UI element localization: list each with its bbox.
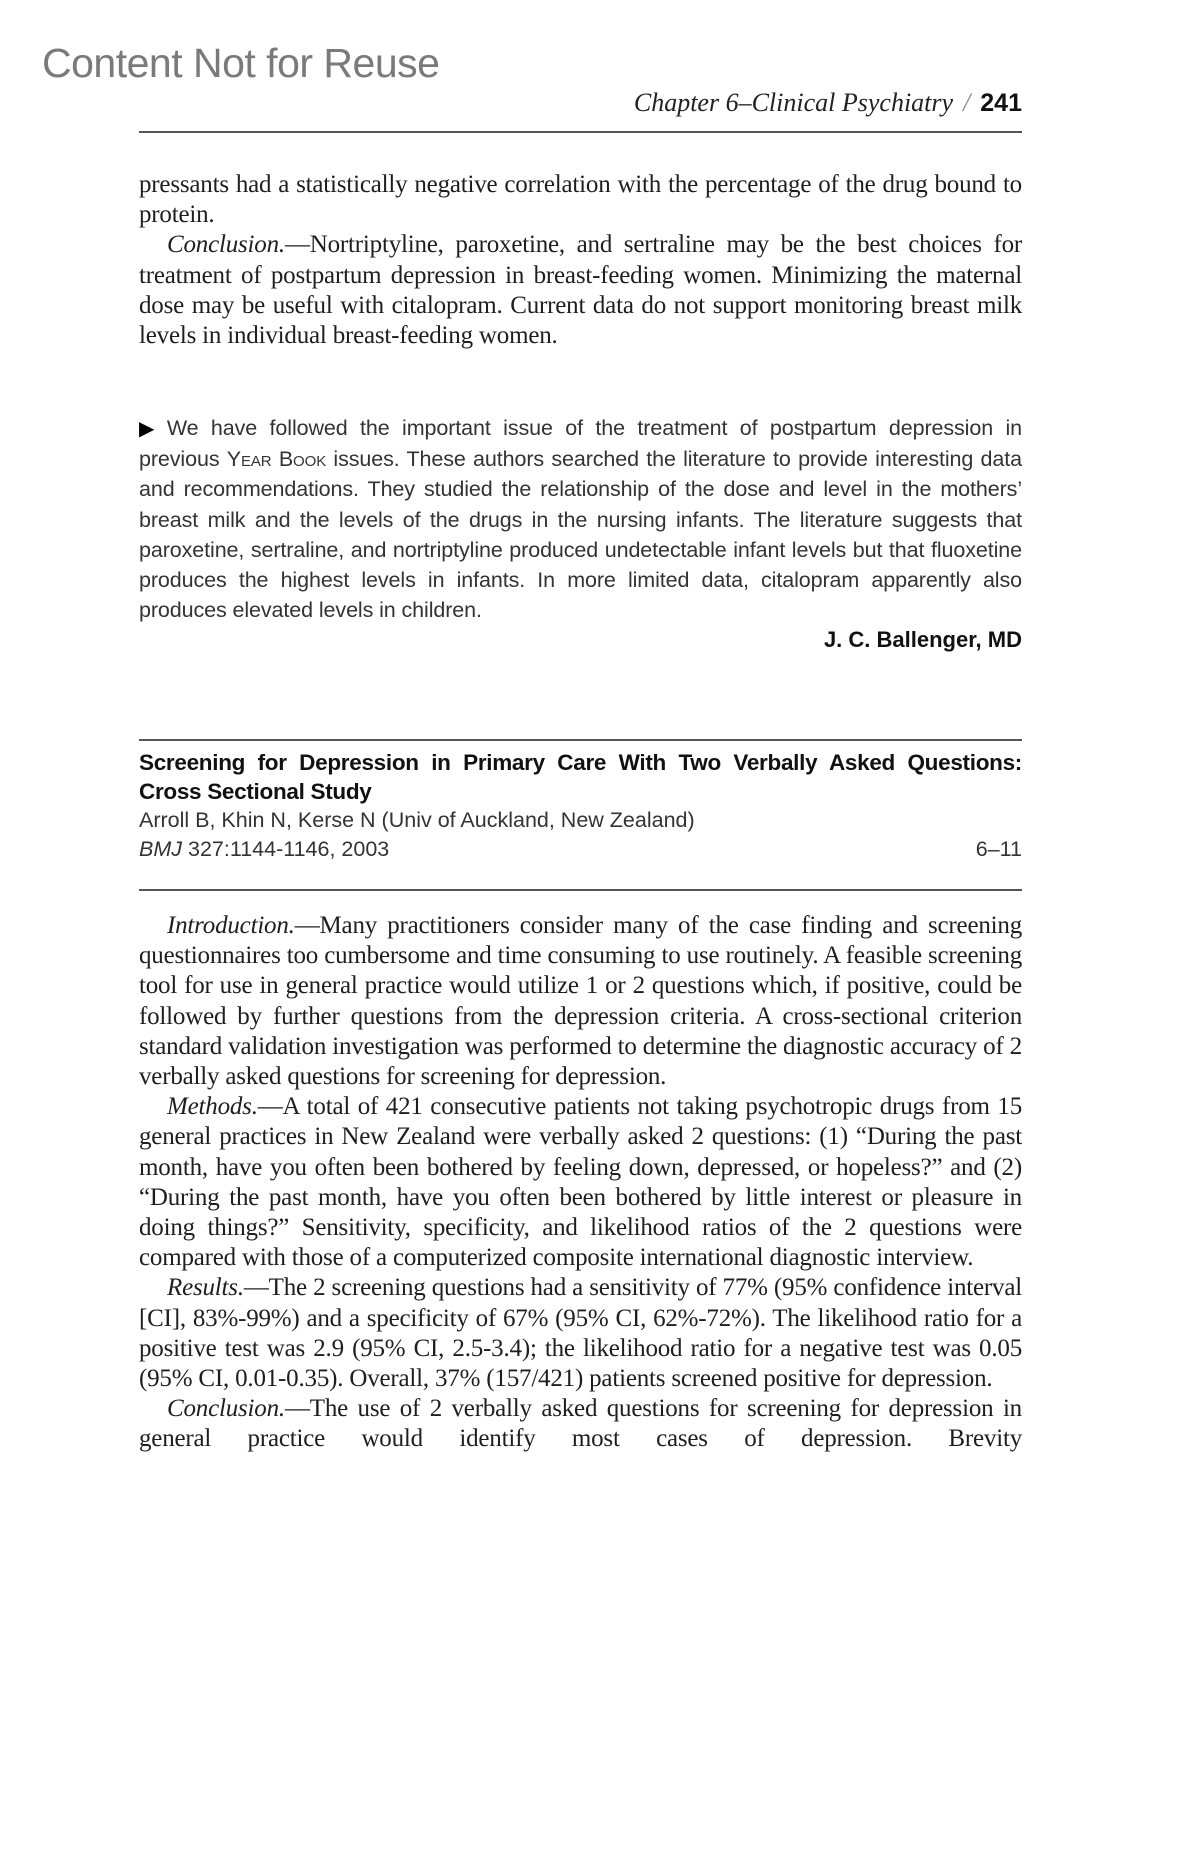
results-paragraph: Results.—The 2 screening questions had a… xyxy=(139,1273,1022,1394)
commentary: ▶We have followed the important issue of… xyxy=(139,413,1022,655)
methods-paragraph: Methods.—A total of 421 consecutive pati… xyxy=(139,1092,1022,1273)
conclusion-paragraph: Conclusion.—Nortriptyline, paroxetine, a… xyxy=(139,230,1022,351)
section-label: Introduction. xyxy=(167,912,295,939)
conclusion-paragraph: Conclusion.—The use of 2 verbally asked … xyxy=(139,1394,1022,1454)
right-triangle-icon: ▶ xyxy=(139,418,161,440)
running-head: Chapter 6–Clinical Psychiatry/241 xyxy=(634,88,1022,118)
commentary-signature: J. C. Ballenger, MD xyxy=(139,625,1022,655)
citation-details: 327:1144-1146, 2003 xyxy=(188,837,389,861)
section-text: —The 2 screening questions had a sensiti… xyxy=(139,1274,1022,1392)
watermark: Content Not for Reuse xyxy=(42,40,439,87)
continued-abstract: pressants had a statistically negative c… xyxy=(139,170,1022,351)
section-label: Results. xyxy=(167,1274,244,1301)
article-authors: Arroll B, Khin N, Kerse N (Univ of Auckl… xyxy=(139,806,1022,835)
section-label: Methods. xyxy=(167,1093,258,1120)
section-text: —A total of 421 consecutive patients not… xyxy=(139,1093,1022,1271)
citation: BMJ 327:1144-1146, 2003 xyxy=(139,835,389,864)
page-number: 241 xyxy=(980,89,1022,117)
year-book-smallcaps: Year Book xyxy=(227,447,326,471)
chapter-title: Chapter 6–Clinical Psychiatry xyxy=(634,88,953,117)
commentary-text: ▶We have followed the important issue of… xyxy=(139,413,1022,625)
section-label: Conclusion. xyxy=(167,231,285,258)
carryover-paragraph: pressants had a statistically negative c… xyxy=(139,170,1022,230)
article-bottom-rule xyxy=(139,889,1022,891)
separator: / xyxy=(963,88,970,117)
section-label: Conclusion. xyxy=(167,1395,285,1422)
journal-name: BMJ xyxy=(139,837,182,861)
article-title: Screening for Depression in Primary Care… xyxy=(139,748,1022,806)
article-abstract: Introduction.—Many practitioners conside… xyxy=(139,911,1022,1455)
citation-row: BMJ 327:1144-1146, 2003 6–11 xyxy=(139,835,1022,864)
introduction-paragraph: Introduction.—Many practitioners conside… xyxy=(139,911,1022,1092)
article-top-rule xyxy=(139,739,1022,741)
header-rule xyxy=(139,131,1022,133)
article-heading: Screening for Depression in Primary Care… xyxy=(139,748,1022,864)
article-number: 6–11 xyxy=(976,835,1022,864)
